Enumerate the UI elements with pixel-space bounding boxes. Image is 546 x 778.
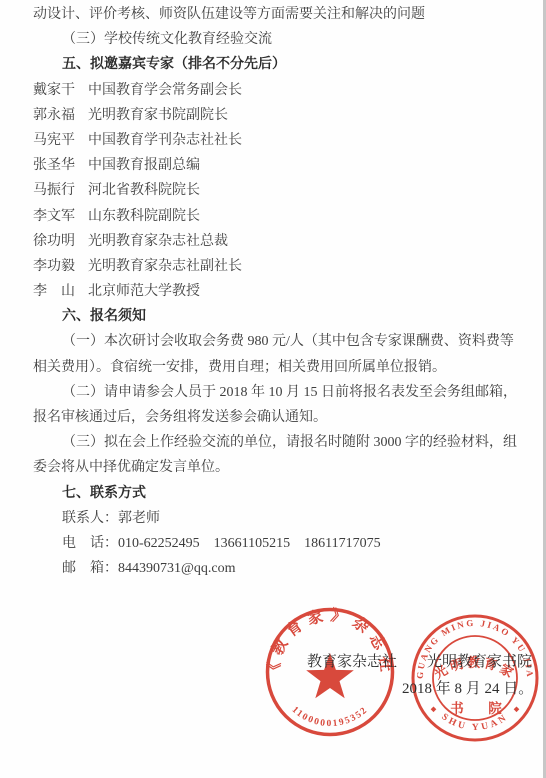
- right-seal-right-diamond: [514, 706, 520, 712]
- signature-date: 2018 年 8 月 24 日。: [402, 677, 533, 698]
- expert-name: 戴家干: [33, 78, 75, 103]
- expert-name: 张圣华: [33, 153, 75, 178]
- signup-p3-line2: 委会将从中择优确定发言单位。: [33, 455, 533, 480]
- contact-person-line: 联系人：郭老师: [33, 506, 533, 531]
- expert-title: 山东教科院副院长: [88, 209, 200, 224]
- signup-p3-line1: （三）拟在会上作经验交流的单位，请报名时随附 3000 字的经验材料，组: [33, 430, 533, 455]
- expert-row: 李 山北京师范大学教授: [33, 279, 533, 304]
- right-seal-char-yuan: 院: [488, 700, 502, 716]
- expert-name: 徐功明: [33, 229, 75, 254]
- expert-name: 李功毅: [33, 254, 75, 279]
- expert-row: 徐功明光明教育家杂志社总裁: [33, 229, 533, 254]
- signup-p2-line1: （二）请申请参会人员于 2018 年 10 月 15 日前将报名表发至会务组邮箱…: [33, 380, 533, 405]
- expert-row: 马振行河北省教科院院长: [33, 178, 533, 203]
- continuation-line: 动设计、评价考核、师资队伍建设等方面需要关注和解决的问题: [33, 2, 533, 27]
- expert-name: 李 山: [33, 279, 75, 304]
- expert-title: 光明教育家杂志社总裁: [88, 234, 228, 249]
- expert-row: 张圣华中国教育报副总编: [33, 153, 533, 178]
- signup-p2-line2: 报名审核通过后，会务组将发送参会确认通知。: [33, 405, 533, 430]
- expert-title: 中国教育报副总编: [88, 158, 200, 173]
- expert-title: 中国教育学刊杂志社社长: [88, 133, 242, 148]
- expert-name: 郭永福: [33, 103, 75, 128]
- signup-p1-line1: （一）本次研讨会收取会务费 980 元/人（其中包含专家课酬费、资料费等: [33, 329, 533, 354]
- item-three-line: （三）学校传统文化教育经验交流: [33, 27, 533, 52]
- contact-email-line: 邮 箱：844390731@qq.com: [33, 556, 533, 581]
- signup-p1-line2: 相关费用）。食宿统一安排，费用自理；相关费用回所属单位报销。: [33, 355, 533, 380]
- expert-title: 河北省教科院院长: [88, 183, 200, 198]
- expert-title: 中国教育学会常务副会长: [88, 83, 242, 98]
- expert-title: 光明教育家杂志社副社长: [88, 259, 242, 274]
- signature-line: 教育家杂志社 光明教育家书院: [307, 650, 532, 671]
- signature-org-2: 光明教育家书院: [427, 650, 532, 671]
- right-seal-left-diamond: [431, 706, 437, 712]
- right-seal-char-shu: 书: [450, 700, 464, 716]
- svg-text:1100000195352: 1100000195352: [290, 705, 371, 729]
- expert-name: 马宪平: [33, 128, 75, 153]
- signup-heading: 六、报名须知: [33, 304, 533, 329]
- experts-heading: 五、拟邀嘉宾专家（排名不分先后）: [33, 52, 533, 77]
- signature-org-1: 教育家杂志社: [307, 650, 397, 671]
- expert-row: 李文军山东教科院副院长: [33, 204, 533, 229]
- expert-row: 戴家干中国教育学会常务副会长: [33, 78, 533, 103]
- document-body: 动设计、评价考核、师资队伍建设等方面需要关注和解决的问题 （三）学校传统文化教育…: [33, 2, 533, 581]
- contact-phone-line: 电 话：010-62252495 13661105215 18611717075: [33, 531, 533, 556]
- expert-title: 光明教育家书院副院长: [88, 108, 228, 123]
- left-seal-serial: 1100000195352: [290, 705, 371, 729]
- expert-name: 马振行: [33, 178, 75, 203]
- expert-name: 李文军: [33, 204, 75, 229]
- contact-heading: 七、联系方式: [33, 481, 533, 506]
- document-page: 动设计、评价考核、师资队伍建设等方面需要关注和解决的问题 （三）学校传统文化教育…: [0, 0, 546, 778]
- expert-row: 郭永福光明教育家书院副院长: [33, 103, 533, 128]
- expert-title: 北京师范大学教授: [88, 284, 200, 299]
- left-seal: 《教育家》杂志社 1100000195352: [263, 605, 397, 739]
- expert-row: 李功毅光明教育家杂志社副社长: [33, 254, 533, 279]
- expert-row: 马宪平中国教育学刊杂志社社长: [33, 128, 533, 153]
